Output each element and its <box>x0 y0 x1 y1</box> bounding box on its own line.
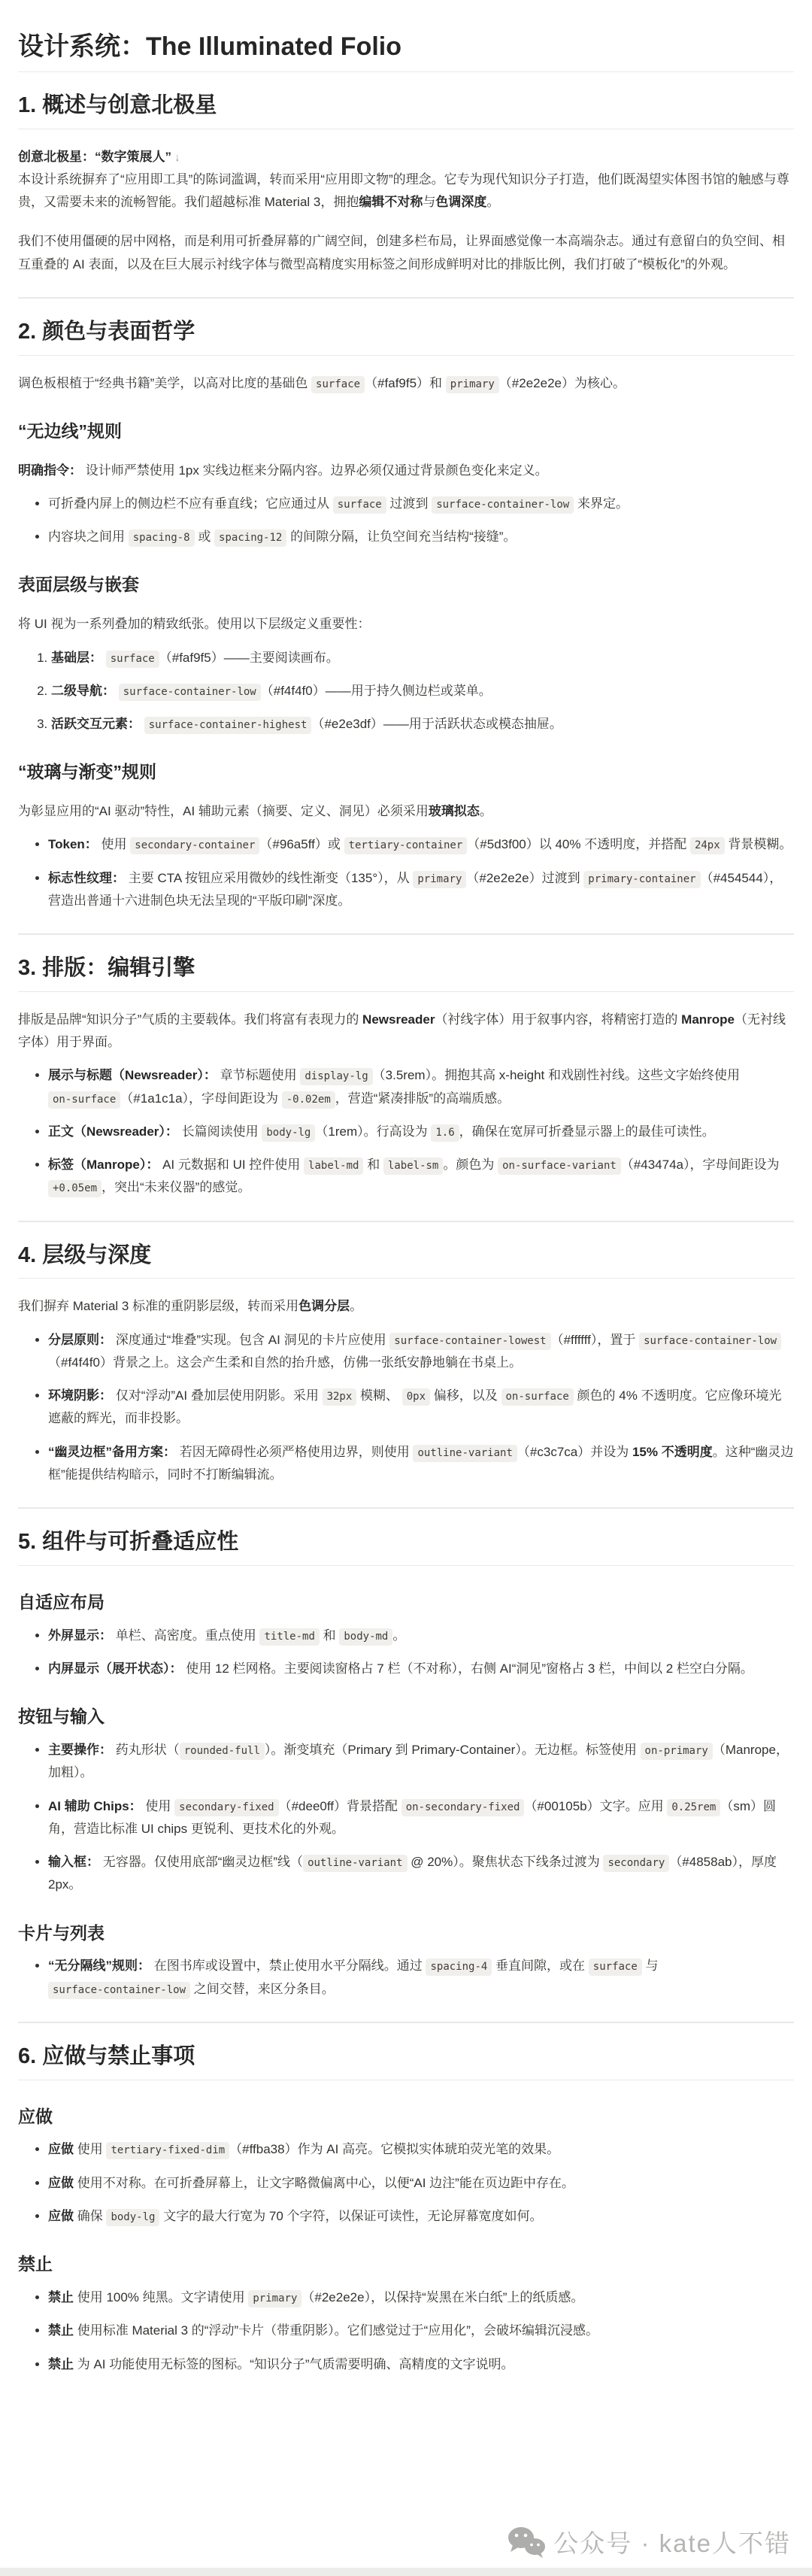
list-item: 禁止 为 AI 功能使用无标签的图标。“知识分子”气质需要明确、高精度的文字说明… <box>48 2353 794 2376</box>
list-item: 标志性纹理： 主要 CTA 按钮应采用微妙的线性渐变（135°），从 prima… <box>48 867 794 913</box>
inline-code: spacing-12 <box>214 529 286 547</box>
bold-text: 15% 不透明度 <box>632 1445 713 1459</box>
text-run: （#00105b）文字。应用 <box>524 1799 667 1813</box>
section-divider <box>18 2022 794 2023</box>
text-run: 使用 100% 纯黑。文字请使用 <box>74 2290 248 2304</box>
inline-code: tertiary-container <box>344 837 468 854</box>
list-item: 应做 确保 body-lg 文字的最大行宽为 70 个字符，以保证可读性，无论屏… <box>48 2205 794 2228</box>
text-run: ，突出“未来仪器”的感觉。 <box>101 1180 250 1194</box>
text-run: （#ffffff），置于 <box>551 1333 639 1347</box>
inline-code: surface-container-low <box>119 684 261 701</box>
inline-code: tertiary-fixed-dim <box>106 2142 229 2159</box>
text-run: 将 UI 视为一系列叠加的精致纸张。使用以下层级定义重要性： <box>18 617 370 631</box>
inline-code: on-surface <box>48 1091 120 1109</box>
subsection-heading: 表面层级与嵌套 <box>18 574 794 596</box>
inline-code: +0.05em <box>48 1180 101 1197</box>
text-run: 。 <box>350 1299 362 1313</box>
bold-text: 创意北极星：“数字策展人” <box>18 150 171 164</box>
text-run: 1. 概述与创意北极星 <box>18 93 217 117</box>
inline-code: primary <box>446 376 499 393</box>
anchor-arrow-icon: ↓ <box>171 151 180 164</box>
text-run: （#43474a），字母间距设为 <box>621 1158 780 1172</box>
text-run: 垂直间隙，或在 <box>492 1959 588 1973</box>
inline-code: on-surface <box>501 1388 574 1406</box>
text-run: ）。渐变填充（Primary 到 Primary-Container）。无边框。… <box>265 1743 641 1757</box>
paragraph: 将 UI 视为一系列叠加的精致纸张。使用以下层级定义重要性： <box>18 613 794 636</box>
bold-text: 禁止 <box>48 2323 74 2338</box>
bold-text: 标签（Manrope）： <box>48 1158 162 1172</box>
bullet-list: 主要操作： 药丸形状（rounded-full）。渐变填充（Primary 到 … <box>18 1739 794 1897</box>
list-item: 标签（Manrope）： AI 元数据和 UI 控件使用 label-md 和 … <box>48 1154 794 1200</box>
list-item: 内屏显示（展开状态）： 使用 12 栏网格。主要阅读窗格占 7 栏（不对称），右… <box>48 1658 794 1680</box>
inline-code: surface <box>311 376 365 393</box>
inline-code: surface-container-low <box>48 1982 190 1999</box>
inline-code: primary <box>248 2290 301 2307</box>
document: 设计系统：The Illuminated Folio1. 概述与创意北极星创意北… <box>0 0 812 2376</box>
text-run: 的间隙分隔，让负空间充当结构“接缝”。 <box>286 529 516 544</box>
text-run: 。颜色为 <box>443 1158 498 1172</box>
text-run: 排版是品牌“知识分子”气质的主要载体。我们将富有表现力的 <box>18 1012 362 1027</box>
subsection-heading: “无边线”规则 <box>18 420 794 443</box>
text-run: 使用 <box>74 2142 106 2156</box>
text-run: 2. 颜色与表面哲学 <box>18 320 195 344</box>
inline-code: outline-variant <box>413 1445 517 1462</box>
inline-code: surface <box>106 651 159 668</box>
paragraph: 创意北极星：“数字策展人” ↓本设计系统摒弃了“应用即工具”的陈词滥调，转而采用… <box>18 146 794 214</box>
text-run: 。 <box>486 195 499 209</box>
inline-code: spacing-4 <box>426 1959 492 1976</box>
list-item: AI 辅助 Chips： 使用 secondary-fixed（#dee0ff）… <box>48 1795 794 1841</box>
text-run: 表面层级与嵌套 <box>18 575 139 594</box>
subsection-heading: “玻璃与渐变”规则 <box>18 761 794 784</box>
paragraph: 调色板根植于“经典书籍”美学，以高对比度的基础色 surface（#faf9f5… <box>18 372 794 395</box>
inline-code: surface-container-low <box>639 1333 781 1350</box>
inline-code: body-lg <box>262 1124 315 1142</box>
inline-code: primary-container <box>583 871 700 888</box>
text-run: （#ffba38）作为 AI 高亮。它模拟实体琥珀荧光笔的效果。 <box>229 2142 559 2156</box>
text-run: 过渡到 <box>386 496 432 511</box>
inline-code: 1.6 <box>431 1124 459 1142</box>
subsection-heading: 按钮与输入 <box>18 1706 794 1728</box>
inline-code: surface-container-highest <box>144 717 312 734</box>
bottom-edge <box>0 2568 812 2576</box>
section-heading: 2. 颜色与表面哲学 <box>18 318 794 356</box>
inline-code: body-lg <box>106 2209 159 2226</box>
text-run: （#faf9f5）和 <box>365 376 446 390</box>
inline-code: title-md <box>259 1628 319 1646</box>
inline-code: secondary-container <box>130 837 259 854</box>
text-run: @ 20%）。聚焦状态下线条过渡为 <box>408 1855 604 1869</box>
list-item: 应做 使用不对称。在可折叠屏幕上，让文字略微偏离中心，以便“AI 边注”能在页边… <box>48 2172 794 2195</box>
bold-text: 内屏显示（展开状态）： <box>48 1661 186 1676</box>
bold-text: 标志性纹理： <box>48 871 129 885</box>
text-run: 调色板根植于“经典书籍”美学，以高对比度的基础色 <box>18 376 311 390</box>
inline-code: 0.25rem <box>667 1799 720 1816</box>
text-run: 之间交替，来区分条目。 <box>190 1982 335 1996</box>
list-item: 可折叠内屏上的侧边栏不应有垂直线；它应通过从 surface 过渡到 surfa… <box>48 493 794 515</box>
inline-code: label-sm <box>383 1158 443 1175</box>
bullet-list: 可折叠内屏上的侧边栏不应有垂直线；它应通过从 surface 过渡到 surfa… <box>18 493 794 549</box>
list-item: Token： 使用 secondary-container（#96a5ff）或 … <box>48 833 794 856</box>
text-run: 使用 <box>145 1799 174 1813</box>
bold-text: 色调分层 <box>298 1299 350 1313</box>
section-heading: 1. 概述与创意北极星 <box>18 92 794 129</box>
bold-text: Manrope <box>681 1012 735 1027</box>
list-item: 基础层： surface（#faf9f5）——主要阅读画布。 <box>51 647 794 669</box>
text-run: （#f4f4f0）——用于持久侧边栏或菜单。 <box>261 684 492 698</box>
list-item: 禁止 使用 100% 纯黑。文字请使用 primary（#2e2e2e），以保持… <box>48 2286 794 2309</box>
text-run: （#f4f4f0）背景之上。这会产生柔和自然的抬升感，仿佛一张纸安静地躺在书桌上… <box>48 1355 522 1370</box>
bold-text: 禁止 <box>48 2357 74 2371</box>
section-heading: 5. 组件与可折叠适应性 <box>18 1528 794 1566</box>
text-run: （#c3c7ca）并设为 <box>517 1445 632 1459</box>
inline-code: on-secondary-fixed <box>401 1799 525 1816</box>
text-run: （3.5rem）。拥抱其高 x-height 和戏剧性衬线。这些文字始终使用 <box>373 1068 740 1082</box>
text-run: 在图书库或设置中，禁止使用水平分隔线。通过 <box>154 1959 426 1973</box>
inline-code: body-md <box>339 1628 392 1646</box>
subsection-heading: 自适应布局 <box>18 1591 794 1614</box>
text-run: 。 <box>392 1628 405 1643</box>
list-item: 环境阴影： 仅对“浮动”AI 叠加层使用阴影。采用 32px 模糊、 0px 偏… <box>48 1385 794 1431</box>
bullet-list: 应做 使用 tertiary-fixed-dim（#ffba38）作为 AI 高… <box>18 2138 794 2228</box>
bold-text: 二级导航： <box>51 684 119 698</box>
subsection-heading: 禁止 <box>18 2253 794 2276</box>
text-run: 自适应布局 <box>18 1592 105 1612</box>
bold-text: 展示与标题（Newsreader）： <box>48 1068 220 1082</box>
inline-code: secondary-fixed <box>174 1799 278 1816</box>
inline-code: surface <box>589 1959 642 1976</box>
inline-code: on-surface-variant <box>498 1158 621 1175</box>
inline-code: primary <box>413 871 466 888</box>
text-run: （衬线字体）用于叙事内容，将精密打造的 <box>435 1012 681 1027</box>
section-divider <box>18 1507 794 1509</box>
bullet-list: 分层原则： 深度通过“堆叠”实现。包含 AI 洞见的卡片应使用 surface-… <box>18 1329 794 1487</box>
inline-code: surface <box>333 496 386 514</box>
bold-text: Token： <box>48 837 101 851</box>
list-item: 应做 使用 tertiary-fixed-dim（#ffba38）作为 AI 高… <box>48 2138 794 2161</box>
inline-code: spacing-8 <box>129 529 195 547</box>
bold-text: “无分隔线”规则： <box>48 1959 154 1973</box>
text-run: （#faf9f5）——主要阅读画布。 <box>159 651 339 665</box>
text-run: ，营造“紧凑排版”的高端质感。 <box>335 1091 510 1106</box>
section-heading: 4. 层级与深度 <box>18 1242 794 1279</box>
text-run: 与 <box>642 1959 659 1973</box>
text-run: 若因无障碍性必须严格使用边界，则使用 <box>180 1445 414 1459</box>
text-run: 可折叠内屏上的侧边栏不应有垂直线；它应通过从 <box>48 496 333 511</box>
subsection-heading: 卡片与列表 <box>18 1922 794 1945</box>
wechat-icon <box>507 2526 546 2559</box>
inline-code: on-primary <box>641 1743 713 1760</box>
section-divider <box>18 1221 794 1222</box>
list-item: 外屏显示： 单栏、高密度。重点使用 title-md 和 body-md。 <box>48 1625 794 1647</box>
bold-text: 应做 <box>48 2142 74 2156</box>
bold-text: 应做 <box>48 2176 74 2190</box>
list-item: 分层原则： 深度通过“堆叠”实现。包含 AI 洞见的卡片应使用 surface-… <box>48 1329 794 1375</box>
paragraph: 我们摒弃 Material 3 标准的重阴影层级，转而采用色调分层。 <box>18 1295 794 1318</box>
bold-text: 应做 <box>48 2209 74 2223</box>
text-run: 或 <box>195 529 214 544</box>
bold-text: 禁止 <box>48 2290 74 2304</box>
inline-code: secondary <box>603 1855 669 1872</box>
list-item: 输入框： 无容器。仅使用底部“幽灵边框”线（outline-variant @ … <box>48 1851 794 1897</box>
section-divider <box>18 297 794 299</box>
text-run: 设计师严禁使用 1px 实线边框来分隔内容。边界必须仅通过背景颜色变化来定义。 <box>86 463 548 478</box>
text-run: “玻璃与渐变”规则 <box>18 762 156 781</box>
inline-code: 32px <box>323 1388 357 1406</box>
inline-code: rounded-full <box>180 1743 265 1760</box>
bold-text: 色调深度 <box>435 195 486 209</box>
text-run: 使用标准 Material 3 的“浮动”卡片（带重阴影）。它们感觉过于“应用化… <box>74 2323 598 2338</box>
bold-text: 输入框： <box>48 1855 103 1869</box>
bold-text: AI 辅助 Chips： <box>48 1799 145 1813</box>
bold-text: 基础层： <box>51 651 106 665</box>
list-item: 正文（Newsreader）： 长篇阅读使用 body-lg（1rem）。行高设… <box>48 1121 794 1143</box>
bold-text: 主要操作： <box>48 1743 116 1757</box>
text-run: ，确保在宽屏可折叠显示器上的最佳可读性。 <box>459 1124 715 1139</box>
text-run: 我们不使用僵硬的居中网格，而是利用可折叠屏幕的广阔空间，创建多栏布局，让界面感觉… <box>18 234 785 271</box>
text-run: 使用不对称。在可折叠屏幕上，让文字略微偏离中心，以便“AI 边注”能在页边距中存… <box>74 2176 574 2190</box>
text-run: （#5d3f00）以 40% 不透明度，并搭配 <box>467 837 690 851</box>
inline-code: label-md <box>304 1158 363 1175</box>
text-run: 6. 应做与禁止事项 <box>18 2044 195 2068</box>
text-run: “无边线”规则 <box>18 421 122 441</box>
text-run: 我们摒弃 Material 3 标准的重阴影层级，转而采用 <box>18 1299 298 1313</box>
inline-code: outline-variant <box>303 1855 407 1872</box>
text-run: 为 AI 功能使用无标签的图标。“知识分子”气质需要明确、高精度的文字说明。 <box>74 2357 514 2371</box>
bullet-list: 禁止 使用 100% 纯黑。文字请使用 primary（#2e2e2e），以保持… <box>18 2286 794 2376</box>
text-run: （#1a1c1a），字母间距设为 <box>120 1091 281 1106</box>
text-run: 仅对“浮动”AI 叠加层使用阴影。采用 <box>116 1388 323 1403</box>
text-run: 偏移，以及 <box>430 1388 501 1403</box>
list-item: 活跃交互元素： surface-container-highest（#e2e3d… <box>51 713 794 736</box>
text-run: 单栏、高密度。重点使用 <box>116 1628 260 1643</box>
text-run: （#96a5ff）或 <box>259 837 344 851</box>
list-item: 二级导航： surface-container-low（#f4f4f0）——用于… <box>51 680 794 702</box>
page: 设计系统：The Illuminated Folio1. 概述与创意北极星创意北… <box>0 0 812 2576</box>
bold-text: “幽灵边框”备用方案： <box>48 1445 180 1459</box>
bold-text: 活跃交互元素： <box>51 717 144 731</box>
text-run: 禁止 <box>18 2254 53 2274</box>
bullet-list: “无分隔线”规则： 在图书库或设置中，禁止使用水平分隔线。通过 spacing-… <box>18 1955 794 2001</box>
inline-code: surface-container-lowest <box>389 1333 550 1350</box>
text-run: （#2e2e2e），以保持“炭黑在米白纸”上的纸质感。 <box>301 2290 583 2304</box>
list-item: 展示与标题（Newsreader）： 章节标题使用 display-lg（3.5… <box>48 1064 794 1110</box>
text-run: 确保 <box>74 2209 106 2223</box>
list-item: 禁止 使用标准 Material 3 的“浮动”卡片（带重阴影）。它们感觉过于“… <box>48 2320 794 2342</box>
bold-text: 分层原则： <box>48 1333 116 1347</box>
text-run: 应做 <box>18 2107 53 2126</box>
text-run: 4. 层级与深度 <box>18 1243 151 1267</box>
text-run: 卡片与列表 <box>18 1923 105 1943</box>
text-run: 为彰显应用的“AI 驱动”特性，AI 辅助元素（摘要、定义、洞见）必须采用 <box>18 804 429 818</box>
paragraph: 我们不使用僵硬的居中网格，而是利用可折叠屏幕的广阔空间，创建多栏布局，让界面感觉… <box>18 230 794 276</box>
bold-text: 明确指令： <box>18 463 86 478</box>
paragraph: 明确指令： 设计师严禁使用 1px 实线边框来分隔内容。边界必须仅通过背景颜色变… <box>18 460 794 482</box>
text-run: （#2e2e2e）为核心。 <box>499 376 626 390</box>
numbered-list: 基础层： surface（#faf9f5）——主要阅读画布。二级导航： surf… <box>18 647 794 736</box>
subsection-heading: 应做 <box>18 2106 794 2128</box>
text-run: 和 <box>363 1158 383 1172</box>
bold-text: 环境阴影： <box>48 1388 116 1403</box>
section-heading: 6. 应做与禁止事项 <box>18 2043 794 2080</box>
text-run: 5. 组件与可折叠适应性 <box>18 1530 238 1554</box>
list-item: “无分隔线”规则： 在图书库或设置中，禁止使用水平分隔线。通过 spacing-… <box>48 1955 794 2001</box>
text-run: 内容块之间用 <box>48 529 129 544</box>
inline-code: 24px <box>690 837 725 854</box>
list-item: 内容块之间用 spacing-8 或 spacing-12 的间隙分隔，让负空间… <box>48 526 794 548</box>
text-run: 使用 12 栏网格。主要阅读窗格占 7 栏（不对称），右侧 AI“洞见”窗格占 … <box>186 1661 753 1676</box>
inline-code: 0px <box>402 1388 430 1406</box>
text-run: 和 <box>320 1628 339 1643</box>
text-run: 文字的最大行宽为 70 个字符，以保证可读性，无论屏幕宽度如何。 <box>159 2209 542 2223</box>
text-run: 章节标题使用 <box>220 1068 301 1082</box>
text-run: 使用 <box>101 837 131 851</box>
text-run: 背景模糊。 <box>725 837 792 851</box>
page-title: 设计系统：The Illuminated Folio <box>18 30 794 72</box>
text-run: 药丸形状（ <box>116 1743 180 1757</box>
bold-text: 外屏显示： <box>48 1628 116 1643</box>
text-run: （#dee0ff）背景搭配 <box>279 1799 401 1813</box>
paragraph: 排版是品牌“知识分子”气质的主要载体。我们将富有表现力的 Newsreader（… <box>18 1009 794 1054</box>
bullet-list: Token： 使用 secondary-container（#96a5ff）或 … <box>18 833 794 912</box>
text-run: 与 <box>423 195 435 209</box>
text-run: 主要 CTA 按钮应采用微妙的线性渐变（135°），从 <box>129 871 414 885</box>
list-item: “幽灵边框”备用方案： 若因无障碍性必须严格使用边界，则使用 outline-v… <box>48 1441 794 1487</box>
text-run: （#2e2e2e）过渡到 <box>466 871 583 885</box>
watermark-text: 公众号 · kate人不错 <box>553 2524 791 2559</box>
bold-text: 玻璃拟态 <box>429 804 480 818</box>
bullet-list: 外屏显示： 单栏、高密度。重点使用 title-md 和 body-md。内屏显… <box>18 1625 794 1681</box>
inline-code: -0.02em <box>282 1091 335 1109</box>
text-run: 来界定。 <box>574 496 629 511</box>
text-run: 。 <box>480 804 492 818</box>
text-run: 设计系统：The Illuminated Folio <box>18 32 401 61</box>
list-item: 主要操作： 药丸形状（rounded-full）。渐变填充（Primary 到 … <box>48 1739 794 1785</box>
inline-code: display-lg <box>300 1068 372 1085</box>
text-run: 模糊、 <box>356 1388 401 1403</box>
text-run: AI 元数据和 UI 控件使用 <box>162 1158 304 1172</box>
text-run: 深度通过“堆叠”实现。包含 AI 洞见的卡片应使用 <box>116 1333 390 1347</box>
section-divider <box>18 933 794 935</box>
bold-text: Newsreader <box>362 1012 435 1027</box>
paragraph: 为彰显应用的“AI 驱动”特性，AI 辅助元素（摘要、定义、洞见）必须采用玻璃拟… <box>18 800 794 823</box>
text-run: 3. 排版：编辑引擎 <box>18 956 195 980</box>
section-heading: 3. 排版：编辑引擎 <box>18 954 794 992</box>
text-run: 按钮与输入 <box>18 1707 105 1726</box>
inline-code: surface-container-low <box>432 496 574 514</box>
text-run: 长篇阅读使用 <box>182 1124 262 1139</box>
text-run: （#e2e3df）——用于活跃状态或模态抽屉。 <box>311 717 562 731</box>
bullet-list: 展示与标题（Newsreader）： 章节标题使用 display-lg（3.5… <box>18 1064 794 1199</box>
text-run: 无容器。仅使用底部“幽灵边框”线（ <box>103 1855 303 1869</box>
watermark: 公众号 · kate人不错 <box>507 2524 791 2559</box>
bold-text: 正文（Newsreader）： <box>48 1124 182 1139</box>
bold-text: 编辑不对称 <box>359 195 423 209</box>
text-run: （1rem）。行高设为 <box>315 1124 431 1139</box>
